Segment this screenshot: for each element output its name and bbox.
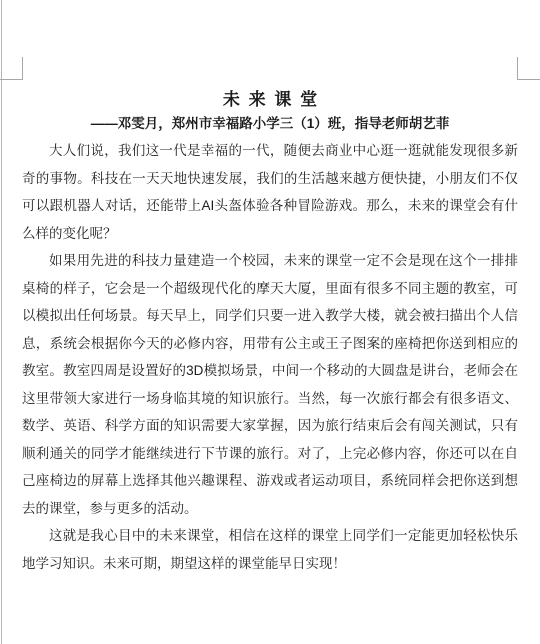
document-body: 大人们说，我们这一代是幸福的一代，随便去商业中心逛一逛就能发现很多新奇的事物。科…	[22, 137, 518, 577]
crop-mark-top-left	[0, 57, 23, 80]
paragraph-main: 如果用先进的科技力量建造一个校园，未来的课堂一定不会是现在这个一排排桌椅的样子，…	[22, 247, 518, 522]
document-page: 未 来 课 堂 ——邓雯月，郑州市幸福路小学三（1）班，指导老师胡艺菲 大人们说…	[0, 0, 540, 644]
crop-mark-top-right	[517, 57, 540, 80]
document-title: 未 来 课 堂	[0, 85, 540, 110]
paragraph-intro: 大人们说，我们这一代是幸福的一代，随便去商业中心逛一逛就能发现很多新奇的事物。科…	[22, 137, 518, 247]
paragraph-closing: 这就是我心目中的未来课堂，相信在这样的课堂上同学们一定能更加轻松快乐地学习知识。…	[22, 522, 518, 577]
document-byline: ——邓雯月，郑州市幸福路小学三（1）班，指导老师胡艺菲	[0, 112, 540, 132]
